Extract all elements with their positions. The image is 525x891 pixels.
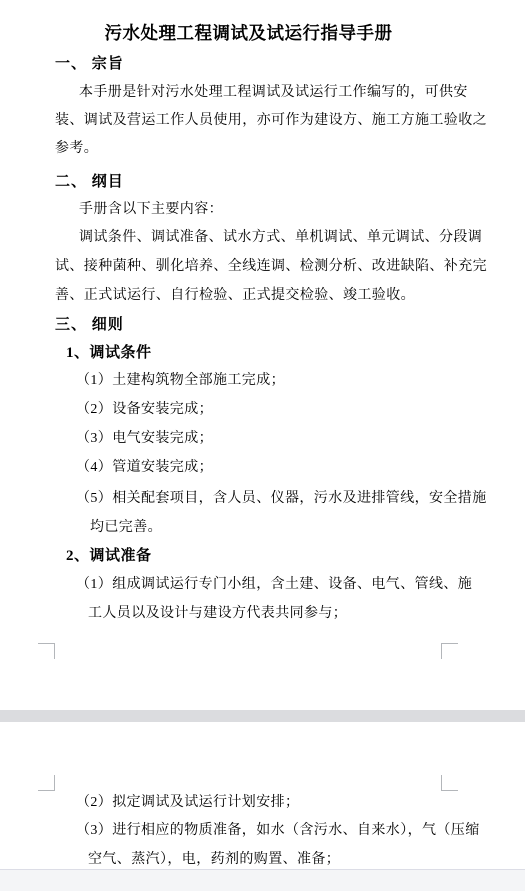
section-heading-purpose: 一、 宗旨 [55, 55, 124, 73]
margin-mark-page1-bottom-right [441, 643, 458, 659]
margin-mark-page2-top-left [38, 775, 55, 791]
list-item-continuation: 空气、蒸汽），电，药剂的购置、准备； [88, 851, 340, 869]
document-title: 污水处理工程调试及试运行指导手册 [0, 20, 497, 45]
list-item: （3）电气安装完成； [76, 430, 213, 448]
list-item: （2）设备安装完成； [76, 401, 213, 419]
paragraph-line: 参考。 [55, 140, 98, 158]
list-item-continuation: 均已完善。 [90, 519, 162, 537]
paragraph-line: 调试条件、调试准备、试水方式、单机调试、单元调试、分段调 [79, 229, 482, 247]
page-gap [0, 710, 525, 722]
list-item: （3）进行相应的物质准备，如水（含污水、自来水），气（压缩 [76, 822, 480, 840]
list-item: （5）相关配套项目，含人员、仪器，污水及进排管线，安全措施 [76, 490, 487, 508]
list-item: （1）组成调试运行专门小组，含土建、设备、电气、管线、施 [76, 576, 472, 594]
subsection-heading-conditions: 1、调试条件 [66, 344, 152, 362]
list-item-continuation: 工人员以及设计与建设方代表共同参与； [88, 605, 347, 623]
bottom-status-strip [0, 869, 525, 891]
list-item: （4）管道安装完成； [76, 459, 213, 477]
list-item: （2）拟定调试及试运行计划安排； [76, 794, 299, 812]
document-canvas: 一、 宗旨 污水处理工程调试及试运行指导手册 一、 宗旨 本手册是针对污水处理工… [0, 0, 525, 891]
section-heading-rules: 三、 细则 [55, 316, 124, 334]
paragraph-line: 手册含以下主要内容： [79, 201, 223, 219]
paragraph-line: 本手册是针对污水处理工程调试及试运行工作编写的，可供安 [79, 84, 468, 102]
section-heading-outline: 二、 纲目 [55, 173, 124, 191]
list-item: （1）土建构筑物全部施工完成； [76, 372, 285, 390]
margin-mark-page2-top-right [441, 775, 458, 791]
paragraph-line: 试、接种菌种、驯化培养、全线连调、检测分析、改进缺陷、补充完 [55, 258, 487, 276]
paragraph-line: 装、调试及营运工作人员使用，亦可作为建设方、施工方施工验收之 [55, 112, 487, 130]
subsection-heading-preparation: 2、调试准备 [66, 547, 152, 565]
paragraph-line: 善、正式试运行、自行检验、正式提交检验、竣工验收。 [55, 287, 415, 305]
margin-mark-page1-bottom-left [38, 643, 55, 659]
